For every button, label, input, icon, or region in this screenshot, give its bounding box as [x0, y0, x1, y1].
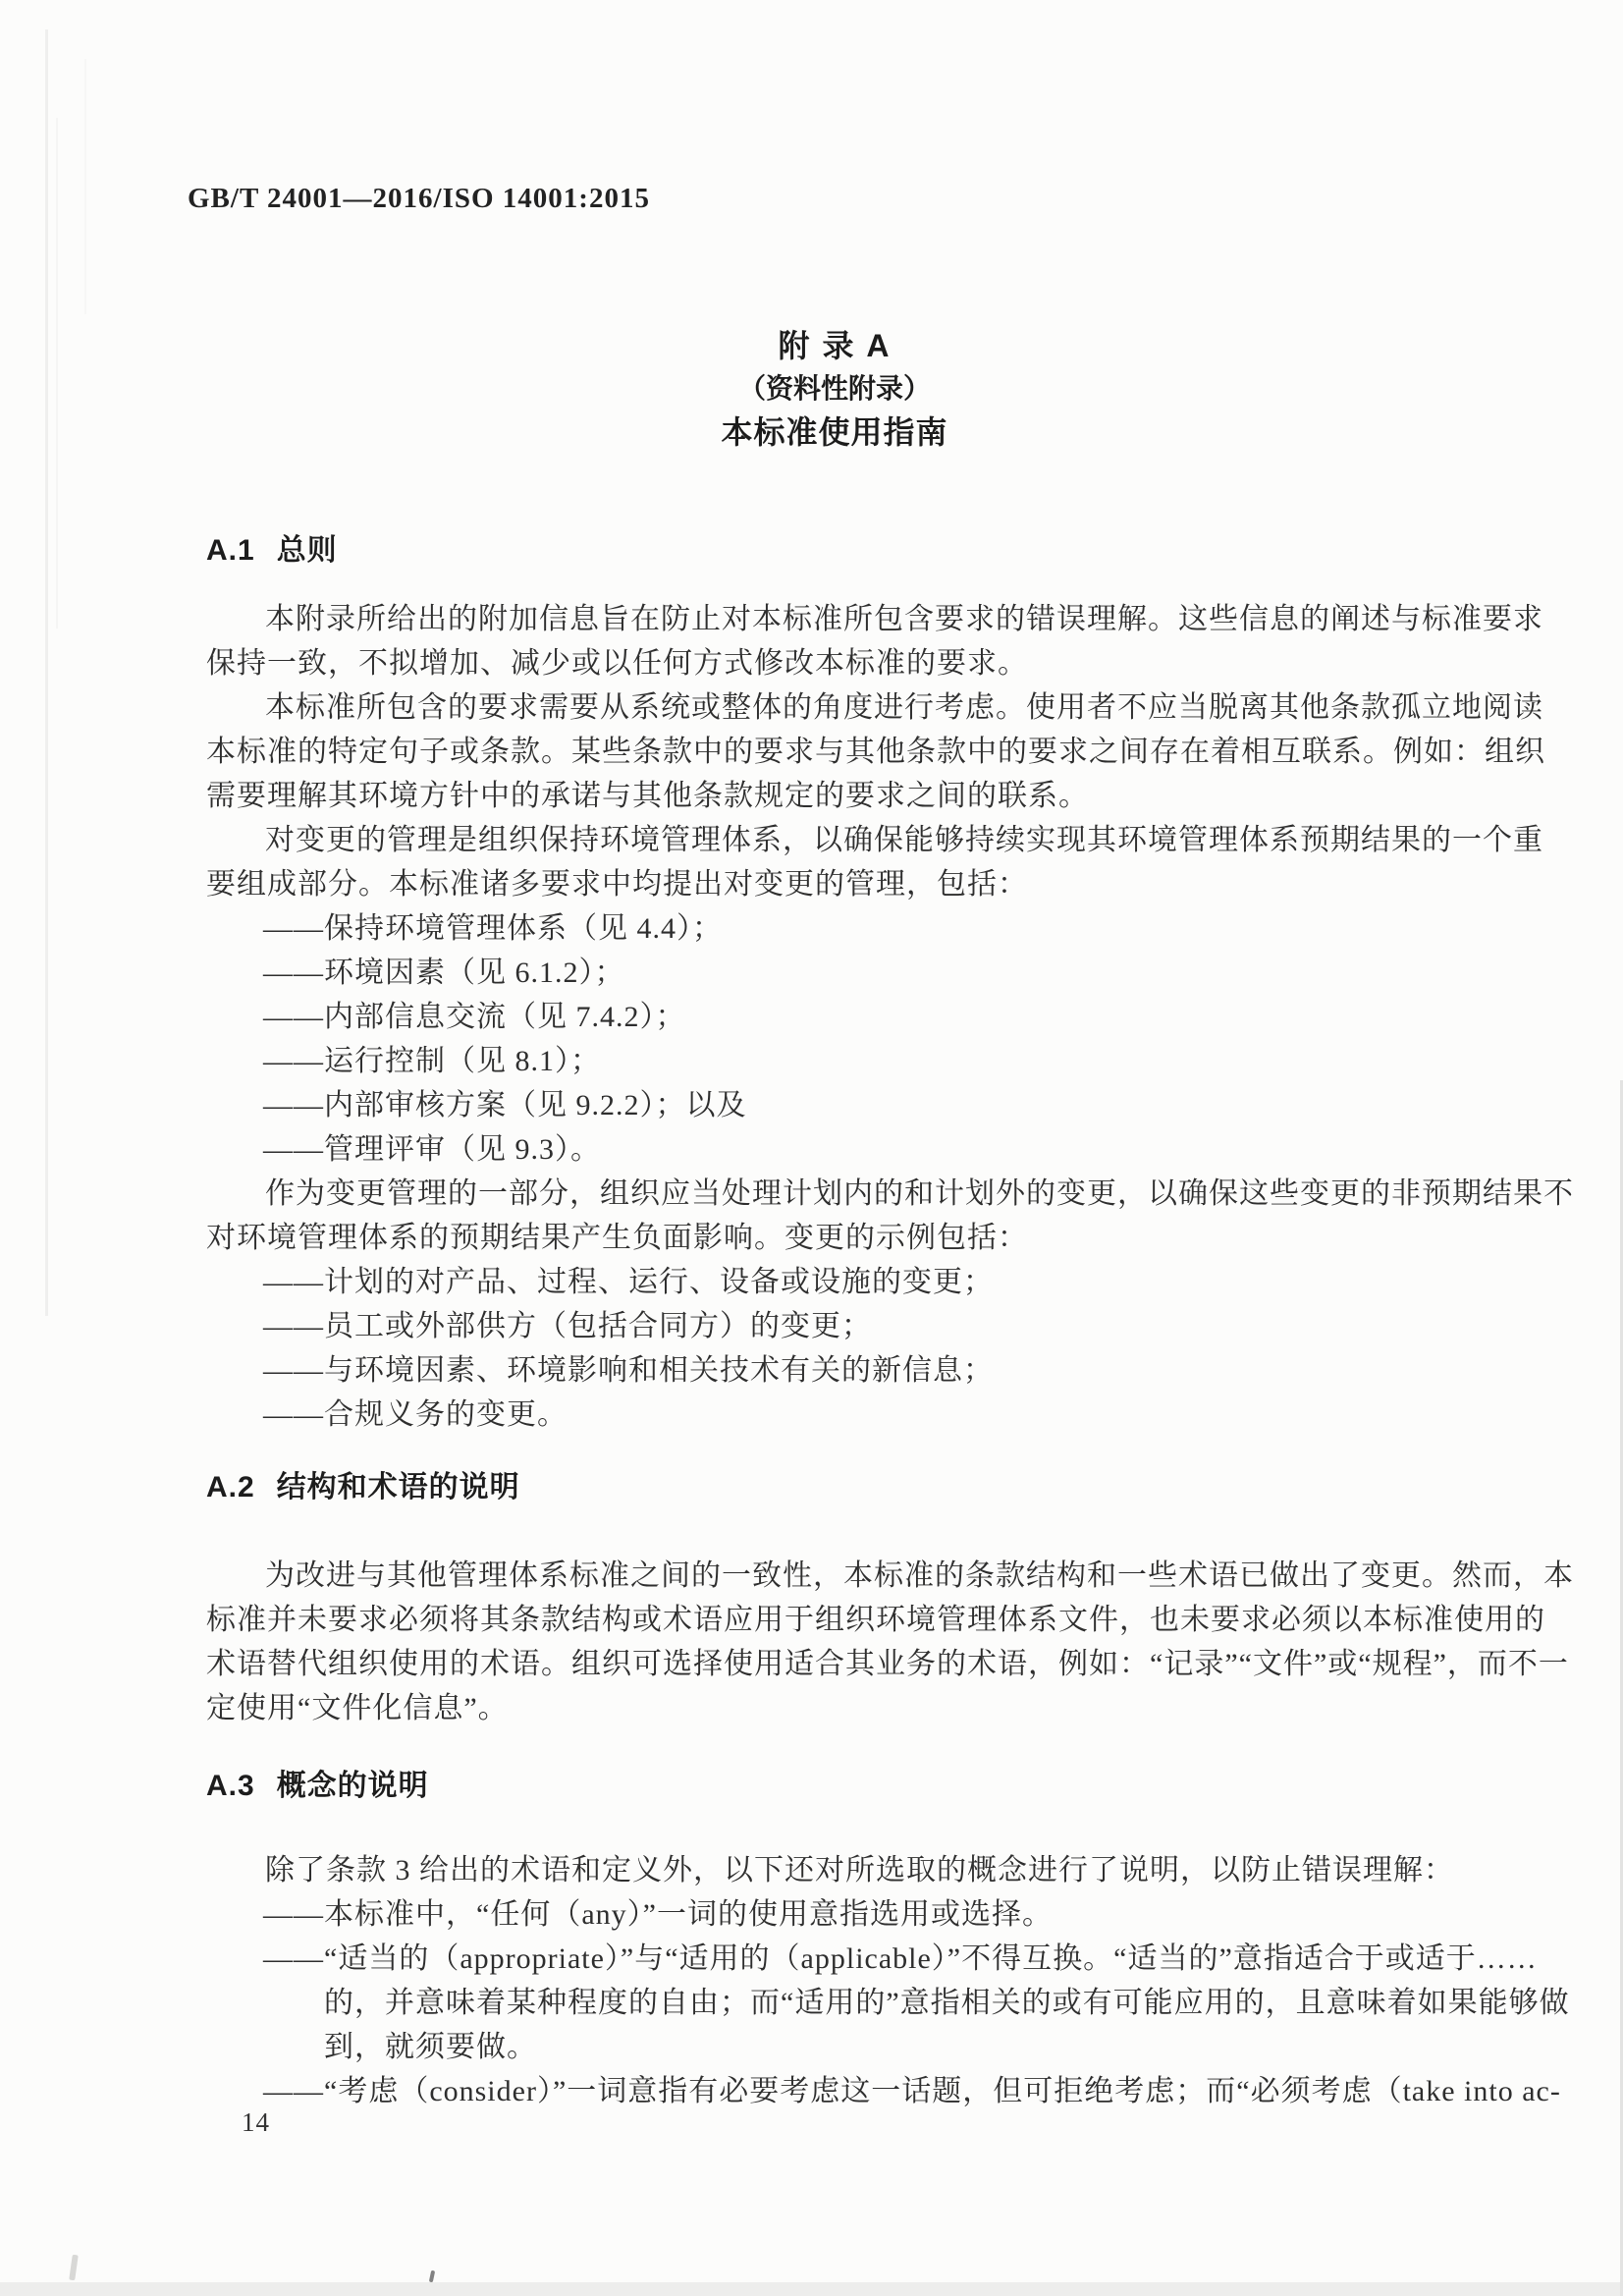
section-title: 结构和术语的说明 — [277, 1471, 520, 1503]
section-number: A.3 — [206, 1770, 255, 1802]
scan-streak — [45, 29, 48, 1316]
appendix-type-note: （资料性附录） — [206, 367, 1463, 410]
paragraph-line: 需要理解其环境方针中的承诺与其他条款规定的要求之间的联系。 — [206, 774, 1468, 818]
section-title: 总则 — [277, 534, 338, 567]
list-item-line: ——内部审核方案（见 9.2.2）；以及 — [206, 1083, 1468, 1127]
list-item-line: ——环境因素（见 6.1.2）； — [206, 951, 1468, 995]
appendix-title: 本标准使用指南 — [206, 410, 1463, 454]
scan-streak — [84, 59, 86, 314]
scan-bottom-band — [0, 2282, 1623, 2296]
list-item-line: ——本标准中，“任何（any）”一词的使用意指选用或选择。 — [206, 1892, 1468, 1937]
list-item-line: ——内部信息交流（见 7.4.2）； — [206, 995, 1468, 1039]
scan-speck — [69, 2255, 79, 2281]
list-item-line: ——合规义务的变更。 — [206, 1393, 1468, 1437]
standard-code-header: GB/T 24001—2016/ISO 14001:2015 — [188, 183, 650, 215]
scan-speck — [429, 2270, 435, 2283]
page-number: 14 — [242, 2107, 270, 2138]
list-item-line: 的，并意味着某种程度的自由；而“适用的”意指相关的或有可能应用的，且意味着如果能… — [206, 1981, 1468, 2025]
paragraph-line: 标准并未要求必须将其条款结构或术语应用于组织环境管理体系文件，也未要求必须以本标… — [206, 1598, 1468, 1642]
paragraph-line: 为改进与其他管理体系标准之间的一致性，本标准的条款结构和一些术语已做出了变更。然… — [206, 1554, 1468, 1598]
paragraph-line: 本附录所给出的附加信息旨在防止对本标准所包含要求的错误理解。这些信息的阐述与标准… — [206, 597, 1468, 641]
paragraph-line: 对变更的管理是组织保持环境管理体系，以确保能够持续实现其环境管理体系预期结果的一… — [206, 818, 1468, 862]
paragraph-line: 要组成部分。本标准诸多要求中均提出对变更的管理，包括： — [206, 862, 1468, 906]
section-title: 概念的说明 — [277, 1770, 429, 1802]
paragraph-line: 保持一致，不拟增加、减少或以任何方式修改本标准的要求。 — [206, 641, 1468, 685]
paragraph-line: 除了条款 3 给出的术语和定义外，以下还对所选取的概念进行了说明，以防止错误理解… — [206, 1848, 1468, 1892]
section-a1-body: 本附录所给出的附加信息旨在防止对本标准所包含要求的错误理解。这些信息的阐述与标准… — [206, 597, 1468, 1437]
scan-streak — [56, 118, 58, 629]
paragraph-line: 本标准所包含的要求需要从系统或整体的角度进行考虑。使用者不应当脱离其他条款孤立地… — [206, 685, 1468, 730]
list-item-line: ——“考虑（consider）”一词意指有必要考虑这一话题，但可拒绝考虑；而“必… — [206, 2069, 1468, 2113]
list-item-line: ——运行控制（见 8.1）； — [206, 1039, 1468, 1083]
section-heading-a2: A.2结构和术语的说明 — [206, 1465, 520, 1510]
list-item-line: ——员工或外部供方（包括合同方）的变更； — [206, 1304, 1468, 1348]
section-a3-body: 除了条款 3 给出的术语和定义外，以下还对所选取的概念进行了说明，以防止错误理解… — [206, 1848, 1468, 2113]
list-item-line: ——保持环境管理体系（见 4.4）； — [206, 906, 1468, 951]
appendix-heading-block: 附 录 A （资料性附录） 本标准使用指南 — [206, 324, 1463, 454]
appendix-label: 附 录 A — [206, 324, 1463, 367]
document-page: GB/T 24001—2016/ISO 14001:2015 附 录 A （资料… — [0, 0, 1623, 2296]
paragraph-line: 本标准的特定句子或条款。某些条款中的要求与其他条款中的要求之间存在着相互联系。例… — [206, 730, 1468, 774]
section-number: A.2 — [206, 1471, 255, 1503]
list-item-line: ——“适当的（appropriate）”与“适用的（applicable）”不得… — [206, 1937, 1468, 1981]
section-heading-a3: A.3概念的说明 — [206, 1764, 429, 1809]
paragraph-line: 术语替代组织使用的术语。组织可选择使用适合其业务的术语，例如：“记录”“文件”或… — [206, 1642, 1468, 1686]
section-heading-a1: A.1总则 — [206, 528, 338, 574]
list-item-line: ——与环境因素、环境影响和相关技术有关的新信息； — [206, 1348, 1468, 1393]
list-item-line: ——计划的对产品、过程、运行、设备或设施的变更； — [206, 1260, 1468, 1304]
list-item-line: ——管理评审（见 9.3）。 — [206, 1127, 1468, 1172]
paragraph-line: 定使用“文件化信息”。 — [206, 1686, 1468, 1730]
paragraph-line: 作为变更管理的一部分，组织应当处理计划内的和计划外的变更，以确保这些变更的非预期… — [206, 1172, 1468, 1216]
paragraph-line: 对环境管理体系的预期结果产生负面影响。变更的示例包括： — [206, 1216, 1468, 1260]
section-a2-body: 为改进与其他管理体系标准之间的一致性，本标准的条款结构和一些术语已做出了变更。然… — [206, 1554, 1468, 1730]
list-item-line: 到，就须要做。 — [206, 2025, 1468, 2069]
section-number: A.1 — [206, 534, 255, 567]
